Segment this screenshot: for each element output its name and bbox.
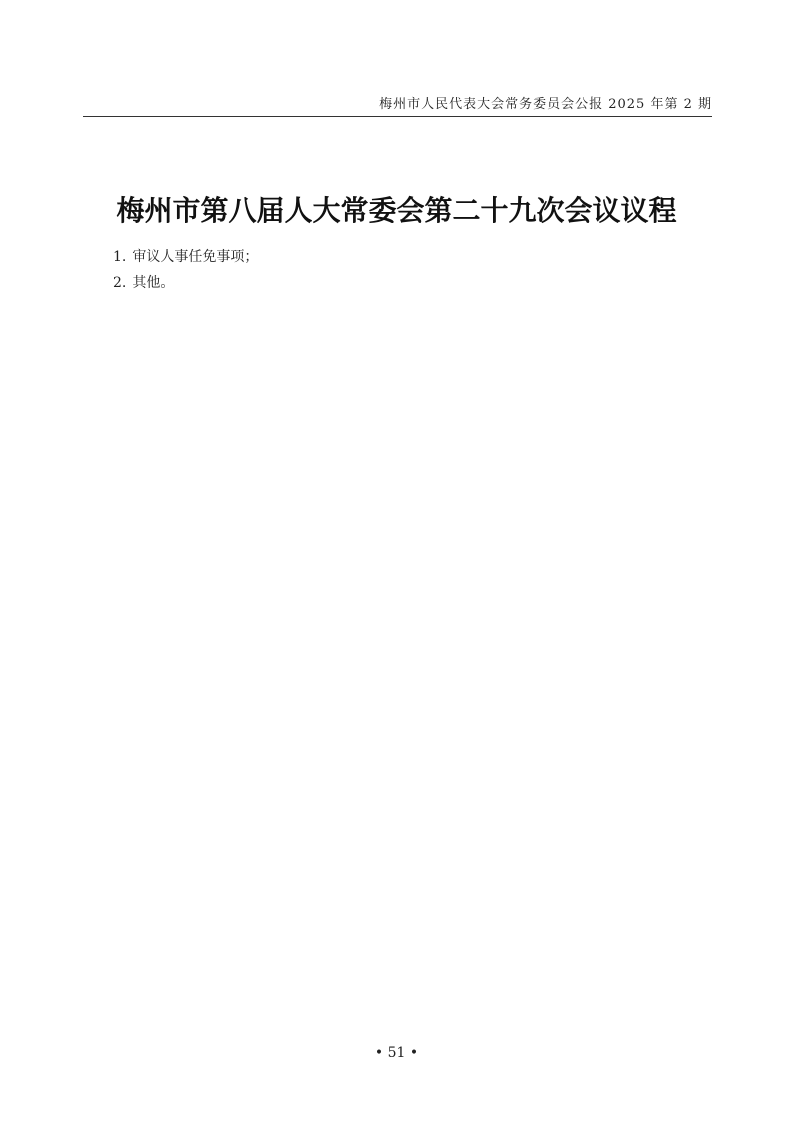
header-divider xyxy=(83,116,712,117)
page-number: • 51 • xyxy=(0,1043,793,1063)
agenda-item-text: 审议人事任免事项； xyxy=(132,249,258,265)
agenda-item-number: 1. xyxy=(113,244,126,270)
document-title: 梅州市第八届人大常委会第二十九次会议议程 xyxy=(0,191,793,231)
running-header: 梅州市人民代表大会常务委员会公报 2025 年第 2 期 xyxy=(83,94,712,116)
agenda-item: 1.审议人事任免事项； xyxy=(113,244,258,270)
agenda-item-number: 2. xyxy=(113,270,126,296)
agenda-item-text: 其他。 xyxy=(132,275,174,291)
agenda-list: 1.审议人事任免事项； 2.其他。 xyxy=(113,244,258,296)
agenda-item: 2.其他。 xyxy=(113,270,258,296)
